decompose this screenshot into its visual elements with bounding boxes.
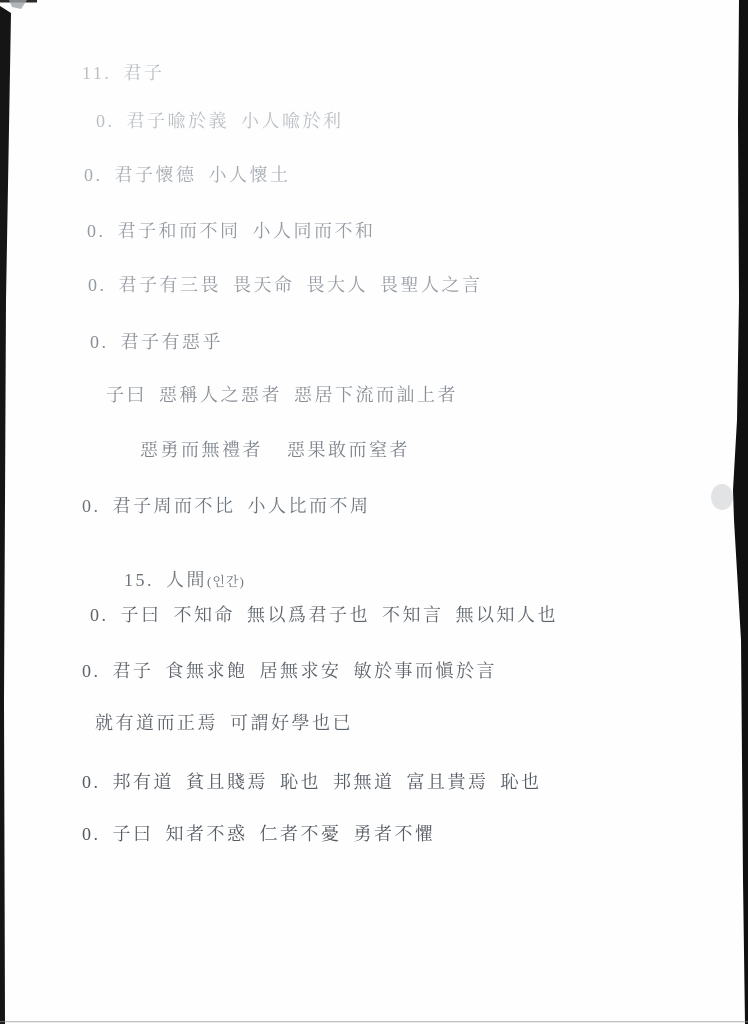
scan-border-bottom <box>0 1021 748 1022</box>
scanned-page: 11. 君子 0. 君子喩於義 小人喩於利 0. 君子懷德 小人懷土 0. 君子… <box>0 0 748 1024</box>
analects-line: 0. 君子和而不同 小人同而不和 <box>87 222 376 242</box>
analects-line: 0. 君子喩於義 小人喩於利 <box>96 112 344 132</box>
analects-line-indented: 子曰 惡稱人之惡者 惡居下流而訕上者 <box>106 386 458 406</box>
analects-line: 0. 君子懷德 小人懷土 <box>84 166 291 186</box>
analects-line: 0. 君子 食無求飽 居無求安 敏於事而愼於言 <box>82 662 497 682</box>
analects-line: 0. 子曰 不知命 無以爲君子也 不知言 無以知人也 <box>90 606 558 626</box>
scan-border-left <box>0 6 11 1024</box>
section-heading-15-ingan: 15. 人間(인간) <box>76 551 245 610</box>
analects-line: 0. 邦有道 貧且賤焉 恥也 邦無道 富且貴焉 恥也 <box>82 773 542 793</box>
analects-line: 0. 君子有惡乎 <box>90 333 223 353</box>
korean-annotation: (인간) <box>207 574 245 589</box>
analects-line-indented: 惡勇而無禮者 惡果敢而窒者 <box>140 441 410 461</box>
scan-smudge <box>711 484 733 510</box>
section-heading-text: 15. 人間 <box>124 570 207 590</box>
analects-line: 0. 君子周而不比 小人比而不周 <box>82 497 371 517</box>
scan-border-top <box>0 0 37 3</box>
analects-line: 0. 子曰 知者不惑 仁者不憂 勇者不懼 <box>82 825 436 845</box>
analects-line: 0. 君子有三畏 畏天命 畏大人 畏聖人之言 <box>88 276 483 296</box>
scan-border-right <box>733 0 748 1024</box>
analects-line-indented: 就有道而正焉 可謂好學也已 <box>95 714 353 734</box>
section-heading-11-gunja: 11. 君子 <box>82 64 164 84</box>
scan-mark-top-left <box>9 0 27 9</box>
